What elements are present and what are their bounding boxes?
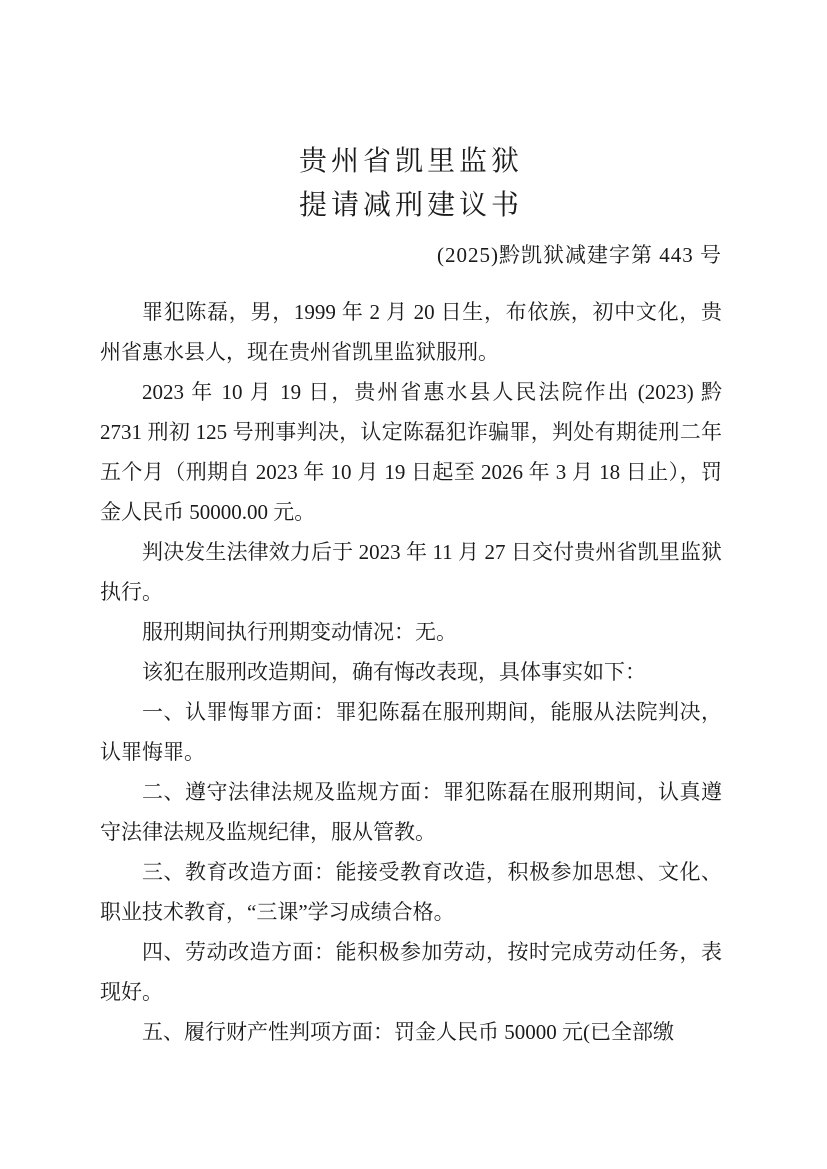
title-line-document-type: 提请减刑建议书	[100, 184, 722, 228]
paragraph-item-4-labor: 四、劳动改造方面：能积极参加劳动，按时完成劳动任务，表现好。	[100, 932, 722, 1012]
paragraph-item-2-discipline: 二、遵守法律法规及监规方面：罪犯陈磊在服刑期间，认真遵守法律法规及监规纪律，服从…	[100, 772, 722, 852]
paragraph-item-5-fine: 五、履行财产性判项方面：罚金人民币 50000 元(已全部缴	[100, 1012, 722, 1052]
paragraph-reform-intro: 该犯在服刑改造期间，确有悔改表现，具体事实如下：	[100, 652, 722, 692]
paragraph-item-1-confession: 一、认罪悔罪方面：罪犯陈磊在服刑期间，能服从法院判决，认罪悔罪。	[100, 692, 722, 772]
document-body: 罪犯陈磊，男，1999 年 2 月 20 日生，布依族，初中文化，贵州省惠水县人…	[100, 292, 722, 1052]
paragraph-offender-info: 罪犯陈磊，男，1999 年 2 月 20 日生，布依族，初中文化，贵州省惠水县人…	[100, 292, 722, 372]
document-number: (2025)黔凯狱减建字第 443 号	[100, 243, 722, 267]
paragraph-term-change: 服刑期间执行刑期变动情况：无。	[100, 612, 722, 652]
paragraph-delivery-info: 判决发生法律效力后于 2023 年 11 月 27 日交付贵州省凯里监狱执行。	[100, 532, 722, 612]
paragraph-judgment-info: 2023 年 10 月 19 日，贵州省惠水县人民法院作出 (2023) 黔 2…	[100, 372, 722, 532]
document-title: 贵州省凯里监狱 提请减刑建议书	[100, 140, 722, 228]
paragraph-item-3-education: 三、教育改造方面：能接受教育改造，积极参加思想、文化、职业技术教育，“三课”学习…	[100, 852, 722, 932]
title-line-prison-name: 贵州省凯里监狱	[100, 140, 722, 184]
document-page: 贵州省凯里监狱 提请减刑建议书 (2025)黔凯狱减建字第 443 号 罪犯陈磊…	[0, 0, 827, 1169]
